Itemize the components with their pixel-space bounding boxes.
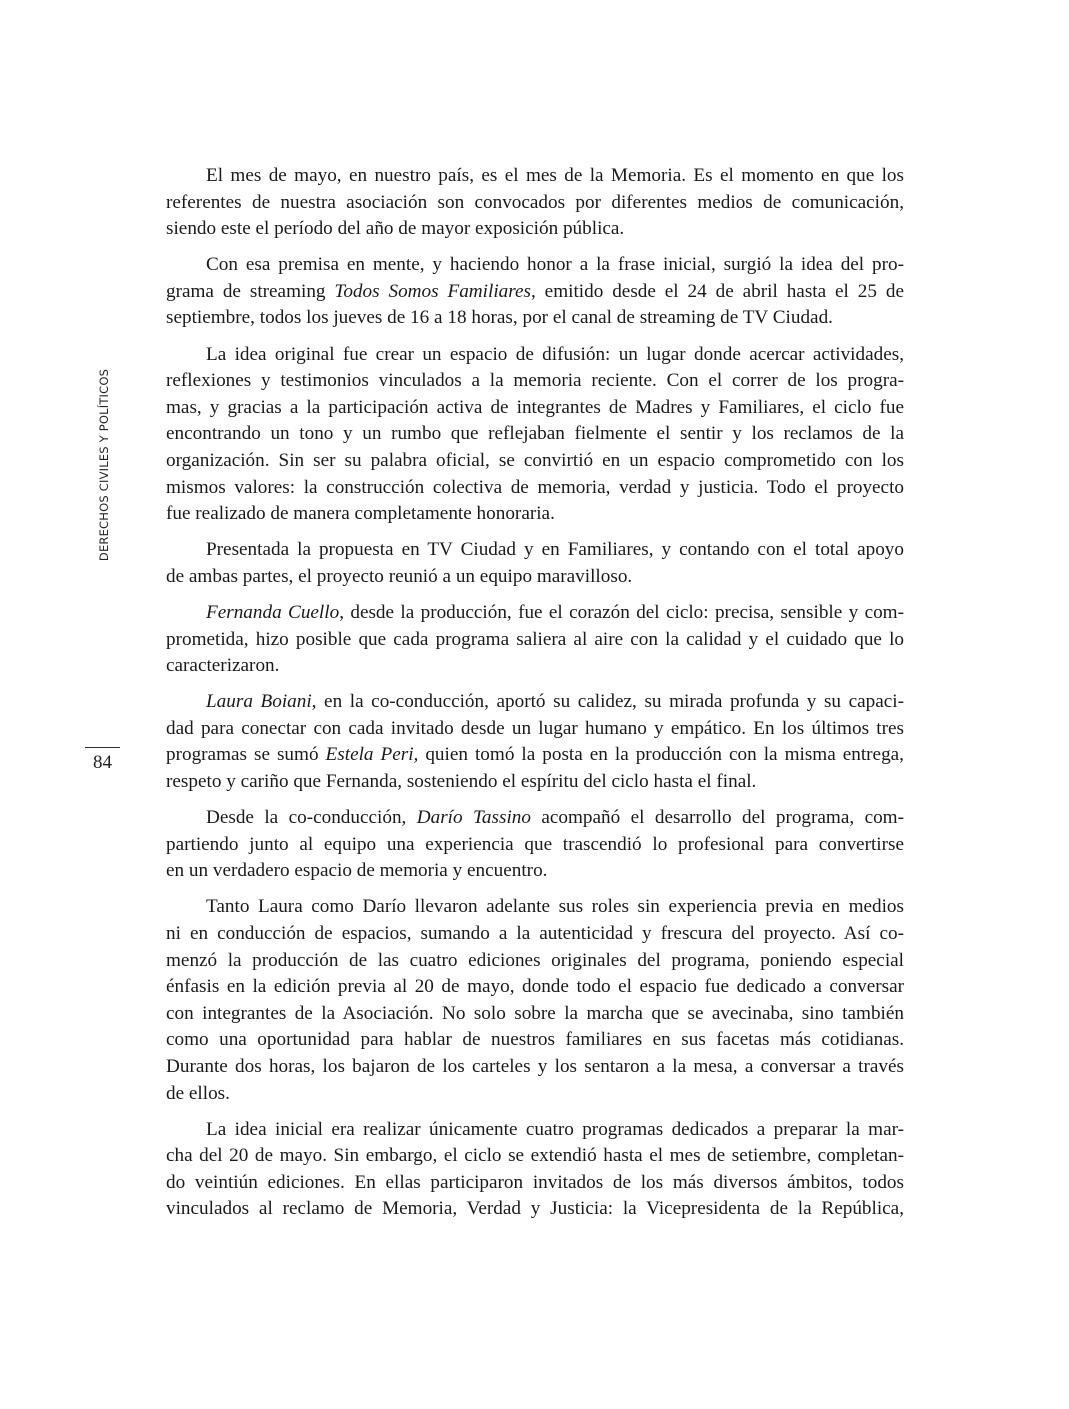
text-line: referentes de nuestra asociación son con… — [166, 190, 904, 217]
text-line: vinculados al reclamo de Memoria, Verdad… — [166, 1196, 904, 1223]
text-line: mismos valores: la construcción colectiv… — [166, 475, 904, 502]
text-line: Fernanda Cuello, desde la producción, fu… — [166, 600, 904, 627]
text-line: respeto y cariño que Fernanda, sostenien… — [166, 769, 904, 796]
text-line: Durante dos horas, los bajaron de los ca… — [166, 1054, 904, 1081]
text-line: Con esa premisa en mente, y haciendo hon… — [166, 252, 904, 279]
italic-name: Darío Tassino — [417, 807, 531, 828]
text-line: dad para conectar con cada invitado desd… — [166, 716, 904, 743]
italic-name: Todos Somos Familiares — [334, 281, 531, 302]
text-line: caracterizaron. — [166, 653, 904, 680]
text-line: partiendo junto al equipo una experienci… — [166, 832, 904, 859]
text-line: La idea original fue crear un espacio de… — [166, 342, 904, 369]
body-text: El mes de mayo, en nuestro país, es el m… — [166, 163, 904, 1232]
text-line: programas se sumó Estela Peri, quien tom… — [166, 742, 904, 769]
text-line: Presentada la propuesta en TV Ciudad y e… — [166, 537, 904, 564]
text-line: Desde la co-conducción, Darío Tassino ac… — [166, 805, 904, 832]
paragraph: La idea original fue crear un espacio de… — [166, 342, 904, 528]
text-line: do veintiún ediciones. En ellas particip… — [166, 1170, 904, 1197]
text-line: El mes de mayo, en nuestro país, es el m… — [166, 163, 904, 190]
page-number: 84 — [85, 752, 120, 774]
paragraph: Desde la co-conducción, Darío Tassino ac… — [166, 805, 904, 885]
text-line: mas, y gracias a la participación activa… — [166, 395, 904, 422]
text-line: fue realizado de manera completamente ho… — [166, 501, 904, 528]
text-line: menzó la producción de las cuatro edicio… — [166, 948, 904, 975]
document-page: DERECHOS CIVILES Y POLÍTICOS 84 El mes d… — [0, 0, 1069, 1409]
text-line: ni en conducción de espacios, sumando a … — [166, 921, 904, 948]
text-line: Tanto Laura como Darío llevaron adelante… — [166, 894, 904, 921]
text-line: prometida, hizo posible que cada program… — [166, 627, 904, 654]
page-number-rule — [85, 747, 120, 748]
paragraph: El mes de mayo, en nuestro país, es el m… — [166, 163, 904, 243]
running-head: DERECHOS CIVILES Y POLÍTICOS — [97, 369, 111, 561]
text-line: en un verdadero espacio de memoria y enc… — [166, 858, 904, 885]
text-line: cha del 20 de mayo. Sin embargo, el cicl… — [166, 1143, 904, 1170]
paragraph: Fernanda Cuello, desde la producción, fu… — [166, 600, 904, 680]
text-line: como una oportunidad para hablar de nues… — [166, 1027, 904, 1054]
paragraph: Presentada la propuesta en TV Ciudad y e… — [166, 537, 904, 590]
text-line: septiembre, todos los jueves de 16 a 18 … — [166, 305, 904, 332]
paragraph: Con esa premisa en mente, y haciendo hon… — [166, 252, 904, 332]
italic-name: Estela Peri, — [326, 744, 419, 765]
text-line: La idea inicial era realizar únicamente … — [166, 1117, 904, 1144]
text-line: siendo este el período del año de mayor … — [166, 216, 904, 243]
text-line: encontrando un tono y un rumbo que refle… — [166, 421, 904, 448]
italic-name: Laura Boiani — [206, 691, 312, 712]
text-line: reflexiones y testimonios vinculados a l… — [166, 368, 904, 395]
text-line: Laura Boiani, en la co-conducción, aport… — [166, 689, 904, 716]
text-line: con integrantes de la Asociación. No sol… — [166, 1001, 904, 1028]
paragraph: Laura Boiani, en la co-conducción, aport… — [166, 689, 904, 795]
text-line: énfasis en la edición previa al 20 de ma… — [166, 974, 904, 1001]
text-line: de ellos. — [166, 1081, 904, 1108]
text-line: de ambas partes, el proyecto reunió a un… — [166, 564, 904, 591]
text-line: grama de streaming Todos Somos Familiare… — [166, 279, 904, 306]
italic-name: Fernanda Cuello — [206, 602, 339, 623]
paragraph: Tanto Laura como Darío llevaron adelante… — [166, 894, 904, 1107]
text-line: organización. Sin ser su palabra oficial… — [166, 448, 904, 475]
paragraph: La idea inicial era realizar únicamente … — [166, 1117, 904, 1223]
